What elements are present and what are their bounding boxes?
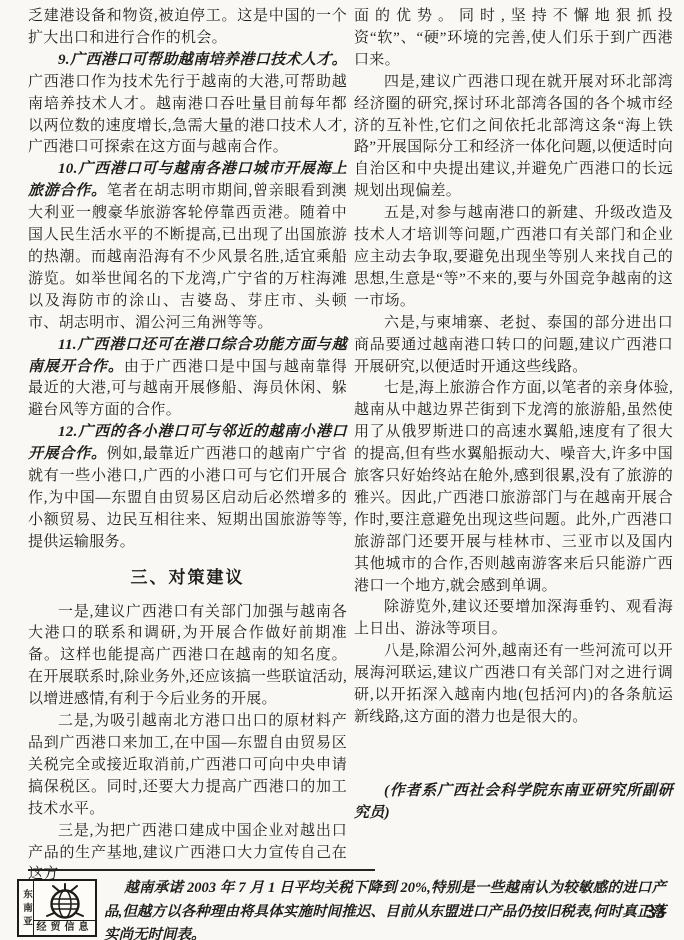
body-paragraph: 11.广西港口还可在港口综合功能方面与越南展开合作。由于广西港口是中国与越南靠得… (28, 335, 347, 423)
body-paragraph: 除游览外,建议还要增加深海垂钓、观看海上日出、游泳等项目。 (354, 597, 673, 641)
journal-page: 乏建港设备和物资,被迫停工。这是中国的一个扩大出口和进行合作的机会。9.广西港口… (0, 0, 684, 940)
journal-logo: 东南亚 经贸信息 (17, 879, 97, 937)
body-paragraph: 二是,为吸引越南北方港口出口的原材料产品到广西港口来加工,在中国—东盟自由贸易区… (28, 711, 347, 821)
body-paragraph: 五是,对参与越南港口的新建、升级改造及技术人才培训等问题,广西港口有关部门和企业… (354, 203, 673, 313)
footer-note: 越南承诺 2003 年 7 月 1 日平均关税下降到 20%,特别是一些越南认为… (104, 877, 666, 940)
author-note: (作者系广西社会科学院东南亚研究所副研究员) (354, 781, 673, 825)
right-column: 面的优势。同时,坚持不懈地狠抓投资“软”、“硬”环境的完善,使人们乐于到广西港口… (354, 6, 673, 825)
section-heading: 三、对策建议 (28, 567, 347, 589)
body-paragraph: 六是,与柬埔寨、老挝、泰国的部分进出口商品要通过越南港口转口的问题,建议广西港口… (354, 313, 673, 379)
logo-bottom-text: 经贸信息 (34, 920, 95, 935)
paragraph-lead-sentence: 12.广西的各小港口可与邻近的越南小港口开展合作。 (28, 424, 347, 462)
page-footer: 东南亚 经贸信息 (0, 876, 684, 940)
footer-divider (28, 869, 375, 871)
body-paragraph: 八是,除湄公河外,越南还有一些河流可以开展海河联运,建议广西港口有关部门对之进行… (354, 641, 673, 729)
paragraph-lead-sentence: 10.广西港口可与越南各港口城市开展海上旅游合作。 (28, 161, 347, 199)
body-paragraph: 12.广西的各小港口可与邻近的越南小港口开展合作。例如,最靠近广西港口的越南广宁… (28, 422, 347, 553)
body-paragraph: 9.广西港口可帮助越南培养港口技术人才。广西港口作为技术先行于越南的大港,可帮助… (28, 50, 347, 160)
page-number: 33 (646, 902, 665, 924)
left-column: 乏建港设备和物资,被迫停工。这是中国的一个扩大出口和进行合作的机会。9.广西港口… (28, 6, 347, 886)
logo-side-text: 东南亚 (19, 881, 34, 935)
body-paragraph: 乏建港设备和物资,被迫停工。这是中国的一个扩大出口和进行合作的机会。 (28, 6, 347, 50)
body-paragraph: 七是,海上旅游合作方面,以笔者的亲身体验,越南从中越边界芒街到下龙湾的旅游船,虽… (354, 378, 673, 597)
paragraph-lead-sentence: 11.广西港口还可在港口综合功能方面与越南展开合作。 (28, 337, 347, 375)
globe-icon (34, 881, 95, 920)
body-paragraph: 四是,建议广西港口现在就开展对环北部湾经济圈的研究,探讨环北部湾各国的各个城市经… (354, 72, 673, 203)
body-paragraph: 一是,建议广西港口有关部门加强与越南各大港口的联系和调研,为开展合作做好前期准备… (28, 602, 347, 712)
body-paragraph: 面的优势。同时,坚持不懈地狠抓投资“软”、“硬”环境的完善,使人们乐于到广西港口… (354, 6, 673, 72)
paragraph-lead-sentence: 9.广西港口可帮助越南培养港口技术人才。 (58, 52, 347, 68)
body-paragraph: 10.广西港口可与越南各港口城市开展海上旅游合作。笔者在胡志明市期间,曾亲眼看到… (28, 159, 347, 334)
